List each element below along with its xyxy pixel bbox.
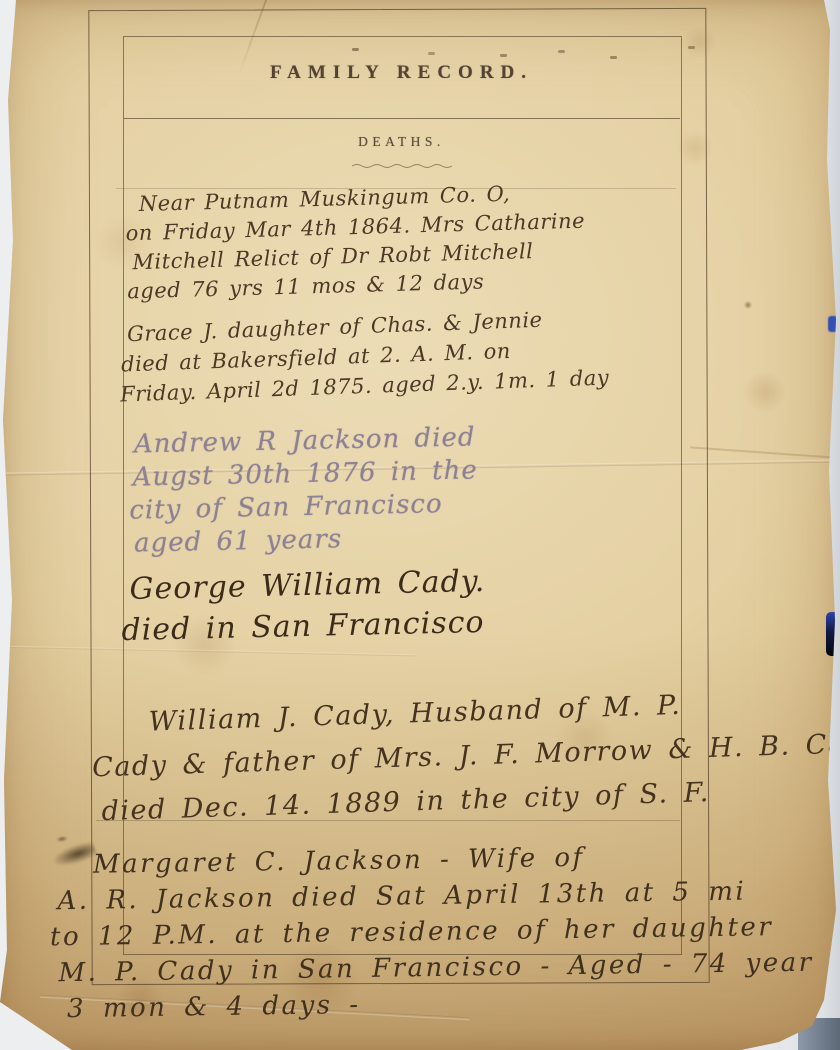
blue-ink-mark: [830, 480, 839, 498]
death-entry-margaret-c-jackson: Margaret C. Jackson - Wife of A. R. Jack…: [49, 837, 815, 1028]
death-entry-andrew-r-jackson: Andrew R Jackson died Augst 30th 1876 in…: [128, 421, 480, 560]
section-heading: DEATHS.: [123, 134, 680, 150]
blue-ink-mark: [826, 612, 839, 656]
death-entry-george-william-cady: George William Cady. died in San Francis…: [120, 561, 486, 651]
page-title: FAMILY RECORD.: [123, 62, 680, 84]
crease-line: [690, 446, 840, 459]
death-entry-william-j-cady: William J. Cady, Husband of M. P. Cady &…: [90, 678, 840, 835]
ink-smudge: [56, 835, 69, 843]
death-entry-catharine-mitchell: Near Putnam Muskingum Co. O, on Friday M…: [124, 178, 587, 307]
scanned-document: FAMILY RECORD. DEATHS. Near Putnam Muski…: [0, 0, 840, 1050]
deaths-underline-decoration: [352, 162, 452, 170]
handwritten-line: died in San Francisco: [121, 602, 487, 651]
death-entry-grace-j: Grace J. daughter of Chas. & Jennie died…: [118, 302, 610, 409]
blue-ink-mark: [828, 316, 838, 332]
header-divider-rule: [124, 118, 680, 119]
paper-page: FAMILY RECORD. DEATHS. Near Putnam Muski…: [0, 0, 840, 1050]
